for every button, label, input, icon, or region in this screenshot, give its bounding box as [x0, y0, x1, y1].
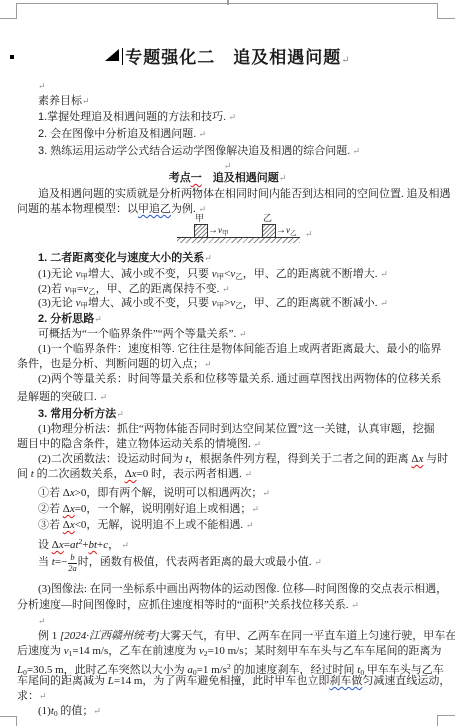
block-yi: [262, 224, 276, 238]
text-line: 考点一 追及相遇问题↵: [0, 172, 455, 185]
paragraph-mark-icon: ↵: [279, 173, 287, 183]
text-run: 是解题的突破口.: [17, 391, 100, 403]
text-run: 追及相遇问题的实质就是分析两物体在相同时间内能否到达相同的空间位置. 追及相遇: [38, 188, 451, 200]
paragraph-mark-icon: ↵: [251, 504, 259, 514]
text-line: 追及相遇问题的实质就是分析两物体在相同时间内能否到达相同的空间位置. 追及相遇: [38, 188, 451, 201]
text-run: 一: [191, 172, 202, 184]
text-line: (3)图像法: 在同一坐标系中画出两物体的运动图像. 位移—时间图像的交点表示相…: [38, 583, 447, 596]
paragraph-mark-icon: ↵: [239, 329, 247, 339]
right-arrow-icon: →: [276, 225, 286, 236]
text-line: 求：↵: [17, 690, 47, 703]
paragraph-mark-icon: ↵: [341, 55, 349, 66]
text-run: 甲追乙: [138, 203, 171, 215]
physics-diagram: 甲 乙 →v甲 →v乙 ↵: [177, 213, 317, 245]
paragraph-mark-icon: ↵: [38, 616, 46, 626]
page-corner-right-vertical: [437, 3, 438, 19]
text-line: 车尾间的距离减为 L=14 m，为了两车避免相撞，此时甲车也立即刹车做匀减速直线…: [17, 675, 450, 688]
text-run: 当: [38, 556, 52, 568]
text-line: (1)物理分析法：抓住“两物体能否同时到达空间某位置”这一关键，认真审题，挖掘: [38, 423, 435, 436]
text-run: 问题的基本物理模型：以: [17, 203, 138, 215]
text-run: (1)物理分析法：抓住“两物体能否同时到达空间某位置”这一关键，认真审题，挖掘: [38, 423, 435, 435]
text-run: ，: [108, 539, 119, 551]
text-run: 3. 常用分析方法: [38, 408, 116, 420]
text-line: 例 1 [2024·江西赣州统考]大雾天气，有甲、乙两车在同一平直车道上匀速行驶…: [38, 630, 455, 643]
paragraph-mark-icon: ↵: [204, 253, 212, 263]
text-run: =10 m/s；某时刻甲车车头与乙车车尾间的距离为: [208, 645, 442, 657]
text-line: ①若 Δx>0，即有两个解，说明可以相遇两次；↵: [38, 487, 270, 500]
text-run: 可概括为“一个临界条件”“两个等量关系”.: [38, 328, 239, 340]
page-corner-left-horizontal: [0, 18, 17, 19]
text-run: 的二次函数关系，: [34, 468, 125, 480]
text-run: 匀减速直线运动，: [362, 675, 450, 687]
text-line: 可概括为“一个临界条件”“两个等量关系”. ↵: [38, 328, 247, 341]
text-line: 设 Δx=at2+bt+c， ↵: [38, 535, 129, 552]
text-line: ↵: [38, 80, 46, 93]
text-line: 3. 熟练运用运动学公式结合运动学图像解决追及相遇的综合问题. ↵: [38, 145, 360, 158]
text-run: ②若: [38, 503, 63, 515]
text-run: Δ: [63, 519, 70, 531]
paragraph-mark-icon: ↵: [380, 298, 388, 308]
v-subscript-jia: 甲: [222, 230, 229, 237]
text-run: =−: [55, 556, 67, 568]
text-line: 当 t=−b2a时，函数有极值，代表两者距离的最大或最小值. ↵: [38, 553, 322, 574]
text-line: 1. 二者距离变化与速度大小的关系↵: [38, 252, 212, 265]
text-run: 增大、减小或不变，只要: [88, 297, 212, 309]
paragraph-mark-icon: ↵: [380, 269, 388, 279]
page-corner-right-horizontal: [438, 18, 455, 19]
text-run: 2. 分析思路: [38, 313, 94, 325]
text-run: 题目中的隐含条件，建立物体运动关系的情境图.: [17, 438, 254, 450]
triangle-marker-icon: [105, 49, 119, 61]
paragraph-mark-icon: ↵: [100, 392, 108, 402]
paragraph-mark-icon: ↵: [38, 81, 46, 91]
paragraph-mark-icon: ↵: [244, 469, 252, 479]
text-run: >0，即有两个解，说明可以相遇两次；: [75, 487, 263, 499]
text-run: Δ: [125, 468, 132, 480]
text-run: 求：: [17, 690, 39, 702]
text-run: =0，一个解，说明刚好追上或相遇；: [75, 503, 252, 515]
text-run: 乙: [235, 272, 243, 281]
paragraph-mark-icon: ↵: [314, 557, 322, 567]
text-run: 甲: [217, 301, 225, 310]
text-line: 条件，也是分析、判断问题的切入点；↵: [17, 358, 212, 371]
paragraph-mark-icon: ↵: [350, 146, 360, 156]
paragraph-mark-icon: ↵: [351, 600, 359, 610]
text-run: (2)两个等量关系：时间等量关系和位移等量关系. 通过画草图找出两物体的位移关系: [38, 373, 441, 385]
paragraph-mark-icon: ↵: [246, 520, 254, 530]
text-line: (3)无论 v甲增大、减小或不变，只要 v甲>v乙，甲、乙的距离就不断减小. ↵: [38, 297, 388, 312]
text-run: 1. 二者距离变化与速度大小的关系: [38, 252, 204, 264]
text-run: Δ: [63, 503, 70, 515]
page-title: 专题强化二 追及相遇问题↵: [0, 43, 455, 68]
text-line: (1)无论 v甲增大、减小或不变，只要 v甲<v乙，甲、乙的距离就不断增大. ↵: [38, 268, 388, 283]
text-line: 间 t 的二次函数关系，Δx=0 时，表示两者相遇. ↵: [17, 468, 252, 481]
page-bottom-right-vertical: [437, 715, 438, 726]
text-line: 1.掌握处理追及相遇问题的方法和技巧. ↵: [38, 111, 236, 124]
text-run: (2)二次函数法：设运动时间为: [38, 453, 186, 465]
text-run: 素养目标: [38, 95, 82, 107]
text-run: ，甲、乙的距离保持不变.: [96, 283, 223, 295]
text-run: 1.掌握处理追及相遇问题的方法和技巧.: [38, 111, 226, 123]
page-bottom-right-horizontal: [438, 715, 455, 716]
text-line: 题目中的隐含条件，建立物体运动关系的情境图. ↵: [17, 438, 261, 451]
v-subscript-yi: 乙: [290, 230, 297, 237]
text-run: 追及相遇问题: [202, 172, 279, 184]
text-run: bt: [88, 539, 97, 551]
text-line: 素养目标↵: [38, 95, 90, 108]
text-line: 2. 分析思路↵: [38, 313, 102, 326]
text-run: (3)无论: [38, 297, 76, 309]
text-run: ，甲、乙的距离就不断增大.: [243, 268, 381, 280]
text-run: 3. 熟练运用运动学公式结合运动学图像解决追及相遇的综合问题.: [38, 145, 350, 157]
paragraph-mark-icon: ↵: [262, 488, 270, 498]
ground-hatch: [177, 237, 300, 243]
page-bottom-left-vertical: [16, 716, 17, 726]
text-run: 2. 会在图像中分析追及相遇问题.: [38, 128, 196, 140]
page-bottom-left-horizontal: [0, 716, 17, 717]
text-run: Δ: [52, 539, 59, 551]
text-run: 的值；: [58, 705, 94, 717]
text-run: 考点: [169, 172, 191, 184]
block-jia: [194, 224, 208, 238]
text-run: 条件，也是分析、判断问题的切入点；: [17, 358, 204, 370]
text-run: ，根据条件列方程，得到关于二者之间的距离: [189, 453, 412, 465]
text-line: ③若 Δx<0，无解，说明追不上或不能相遇. ↵: [38, 519, 253, 532]
text-line: (1)一个临界条件：速度相等. 它往往是物体间能否追上或两者距离最大、最小的临界: [38, 343, 441, 356]
text-run: =14 m/s，乙车在前速度为: [72, 645, 199, 657]
text-run: =14 m，为了两车避免相撞，此时甲车也立即: [114, 675, 330, 687]
text-run: 设: [38, 539, 52, 551]
text-run: (1)一个临界条件：速度相等. 它往往是物体间能否追上或两者距离最大、最小的临界: [38, 343, 441, 355]
text-run: (2)若: [38, 283, 65, 295]
text-run: (3)图像法: 在同一坐标系中画出两物体的运动图像. 位移—时间图像的交点表示相…: [38, 583, 447, 595]
text-run: 甲: [69, 287, 77, 296]
text-line: (2)二次函数法：设运动时间为 t，根据条件列方程，得到关于二者之间的距离 Δx…: [38, 453, 448, 466]
text-cursor[interactable]: [122, 48, 123, 65]
right-arrow-icon: →: [208, 225, 218, 236]
text-run: 分析速度—时间图像时，应抓住速度相等时的“面积”关系找位移关系.: [17, 599, 351, 611]
paragraph-mark-icon: ↵: [196, 129, 206, 139]
text-run: 刹车做: [329, 675, 362, 687]
text-run: ③若: [38, 519, 63, 531]
text-line: 分析速度—时间图像时，应抓住速度相等时的“面积”关系找位移关系. ↵: [17, 599, 359, 612]
text-run: ，甲、乙的距离就不断减小.: [243, 297, 381, 309]
paragraph-mark-icon: ↵: [226, 112, 236, 122]
text-run: =0 时，表示两者相遇.: [137, 468, 245, 480]
block-yi-label: 乙: [263, 213, 272, 223]
text-run: at: [70, 539, 79, 551]
text-line: (2)两个等量关系：时间等量关系和位移等量关系. 通过画草图找出两物体的位移关系: [38, 373, 441, 386]
text-run: 增大、减小或不变，只要: [88, 268, 212, 280]
text-line: (1)t0 的值；↵: [38, 705, 101, 720]
text-run: <0，无解，说明追不上或不能相遇.: [75, 519, 246, 531]
page-top-center-tick: [227, 0, 229, 5]
paragraph-mark-icon: ↵: [305, 229, 313, 240]
text-run: 后速度为: [17, 645, 64, 657]
text-run: 甲: [80, 272, 88, 281]
paragraph-mark-icon: ↵: [254, 439, 262, 449]
text-run: 与时: [423, 453, 448, 465]
text-run: 大雾天气，有甲、乙两车在同一平直车道上匀速行驶，甲车在: [159, 630, 455, 642]
word-document-page: { "title": {"text": "专题强化二 追及相遇问题", "pil…: [0, 0, 455, 726]
text-line: 2. 会在图像中分析追及相遇问题. ↵: [38, 128, 206, 141]
text-line: ②若 Δx=0，一个解，说明刚好追上或相遇；↵: [38, 503, 259, 516]
text-run: 甲: [217, 272, 225, 281]
paragraph-mark-icon: ↵: [224, 161, 232, 171]
text-line: ↵: [38, 615, 46, 628]
fraction-denominator: 2a: [68, 564, 77, 574]
text-run: 间: [17, 468, 31, 480]
text-line: 是解题的突破口. ↵: [17, 391, 107, 404]
text-run: 乙: [88, 287, 96, 296]
text-line: 3. 常用分析方法↵: [38, 408, 124, 421]
text-run: 车尾间的距离减为: [17, 675, 108, 687]
text-run: (1): [38, 705, 51, 717]
page-corner-left-vertical: [16, 3, 17, 19]
text-line: (2)若 v甲=v乙，甲、乙的距离保持不变. ↵: [38, 283, 230, 298]
text-run: (1)无论: [38, 268, 76, 280]
text-run: ①若 Δ: [38, 487, 70, 499]
text-run: 例 1: [38, 630, 60, 642]
paragraph-mark-icon: ↵: [204, 359, 212, 369]
text-run: 乙: [235, 301, 243, 310]
page-title-text: 专题强化二 追及相遇问题: [125, 48, 341, 67]
text-run: 时，函数有极值，代表两者距离的最大或最小值.: [78, 556, 315, 568]
fraction: b2a: [68, 553, 77, 574]
text-run: 甲: [80, 301, 88, 310]
paragraph-mark-icon: ↵: [222, 284, 230, 294]
paragraph-mark-icon: ↵: [93, 706, 101, 716]
paragraph-mark-icon: ↵: [39, 691, 47, 701]
block-jia-label: 甲: [195, 213, 204, 223]
text-run: [2024·江西赣州统考]: [60, 630, 159, 642]
paragraph-mark-icon: ↵: [116, 409, 124, 419]
paragraph-mark-icon: ↵: [119, 540, 129, 550]
paragraph-mark-icon: ↵: [94, 314, 102, 324]
text-line: 后速度为 v1=14 m/s，乙车在前速度为 v2=10 m/s；某时刻甲车车头…: [17, 645, 442, 660]
paragraph-mark-icon: ↵: [82, 96, 90, 106]
